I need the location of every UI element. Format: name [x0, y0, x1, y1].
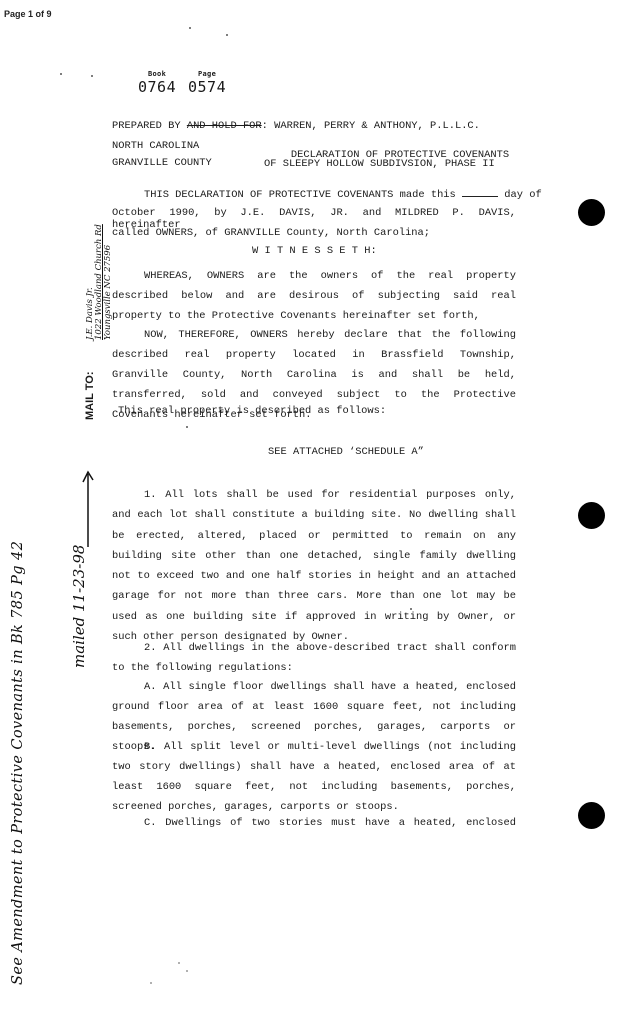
scan-speck: [186, 426, 188, 428]
scan-speck: [186, 970, 188, 972]
preparer-name: : WARREN, PERRY & ANTHONY, P.L.L.C.: [262, 120, 480, 132]
mail-to-label: MAIL TO:: [84, 372, 96, 420]
described-as-line: This real property is described as follo…: [118, 405, 386, 417]
handwritten-amendment-note: See Amendment to Protective Covenants in…: [10, 541, 26, 985]
book-label: Book: [138, 70, 176, 78]
handwritten-mailed-note: mailed 11-23-98: [70, 545, 88, 668]
scan-speck: [150, 982, 152, 984]
scan-speck: [226, 34, 228, 36]
covenant-2: 2. All dwellings in the above-described …: [112, 638, 516, 678]
witnesseth-heading: W I T N E S S E T H:: [252, 245, 377, 257]
scan-speck: [91, 75, 93, 77]
date-blank: [462, 187, 498, 197]
prepared-by-line: PREPARED BY AND HOLD FOR: WARREN, PERRY …: [112, 120, 480, 132]
intro-text-end: day of: [504, 189, 541, 201]
document-title-line2: OF SLEEPY HOLLOW SUBDIVSION, PHASE II: [264, 158, 495, 170]
arrow-up-icon: [80, 470, 96, 548]
intro-line1: THIS DECLARATION OF PROTECTIVE COVENANTS…: [144, 187, 542, 201]
punch-hole: [578, 199, 605, 226]
page-indicator: Page 1 of 9: [4, 9, 52, 19]
intro-text: THIS DECLARATION OF PROTECTIVE COVENANTS…: [144, 189, 456, 201]
whereas-paragraph: WHEREAS, OWNERS are the owners of the re…: [112, 266, 516, 326]
page-label: Page: [188, 70, 226, 78]
scan-speck: [189, 27, 191, 29]
book-stamp: Book 0764: [138, 70, 176, 96]
prepared-by-prefix: PREPARED BY: [112, 120, 187, 132]
covenant-2b: B. All split level or multi-level dwelli…: [112, 737, 516, 817]
scan-speck: [410, 608, 412, 610]
struck-text: AND HOLD FOR: [187, 120, 262, 132]
address-line3: Youngsville NC 27596: [104, 224, 113, 340]
county-label: GRANVILLE COUNTY: [112, 157, 212, 169]
state-label: NORTH CAROLINA: [112, 140, 199, 152]
page-number: 0574: [188, 78, 226, 96]
punch-hole: [578, 802, 605, 829]
punch-hole: [578, 502, 605, 529]
book-number: 0764: [138, 78, 176, 96]
covenant-1: 1. All lots shall be used for residentia…: [112, 485, 516, 647]
page-stamp: Page 0574: [188, 70, 226, 96]
scan-speck: [60, 73, 62, 75]
intro-line3: called OWNERS, of GRANVILLE County, Nort…: [112, 227, 430, 239]
covenant-2c: C. Dwellings of two stories must have a …: [112, 817, 516, 829]
handwritten-mail-address: J.E. Davis Jr. 1022 Woodland Church Rd Y…: [86, 224, 113, 340]
schedule-reference: SEE ATTACHED ‘SCHEDULE A”: [268, 446, 424, 458]
scan-speck: [178, 962, 180, 964]
